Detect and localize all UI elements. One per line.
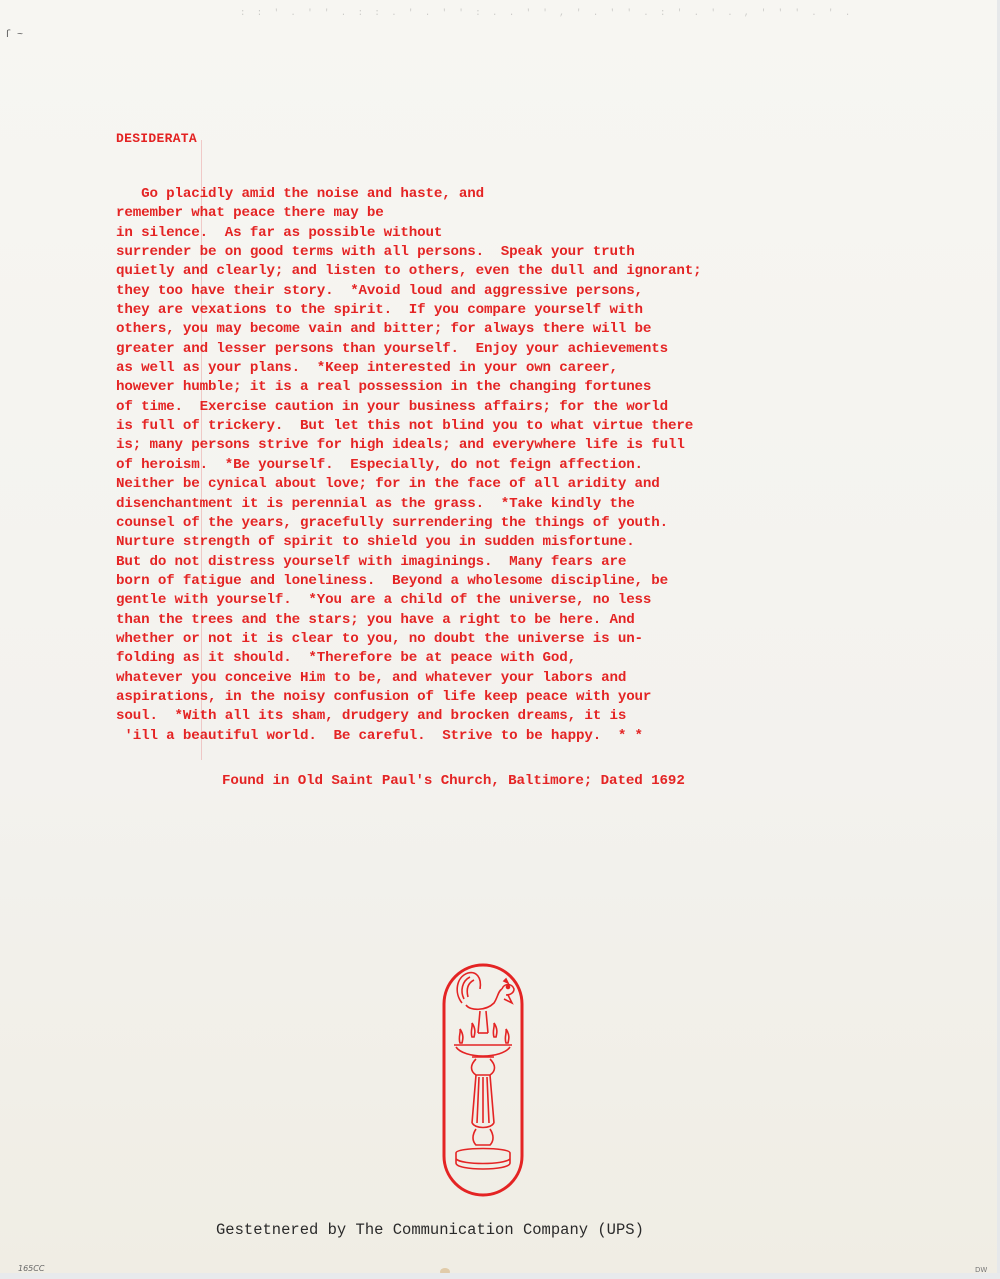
poem-line: born of fatigue and loneliness. Beyond a… [116, 572, 836, 591]
attribution-line: Found in Old Saint Paul's Church, Baltim… [222, 773, 685, 789]
poem-line: whatever you conceive Him to be, and wha… [116, 669, 836, 688]
poem-line: folding as it should. *Therefore be at p… [116, 649, 836, 668]
poem-line: aspirations, in the noisy confusion of l… [116, 688, 836, 707]
corner-pencil-mark: ſ ~ [5, 30, 23, 41]
poem-line: they are vexations to the spirit. If you… [116, 301, 836, 320]
poem-line: in silence. As far as possible without [116, 224, 836, 243]
poem-line: surrender be on good terms with all pers… [116, 243, 836, 262]
document-page: : : ' . ' ' . : : . ' . ' ' : . . ' ' , … [0, 0, 1000, 1279]
poem-line: is full of trickery. But let this not bl… [116, 417, 836, 436]
poem-line: others, you may become vain and bitter; … [116, 320, 836, 339]
poem-line: is; many persons strive for high ideals;… [116, 436, 836, 455]
poem-line: Neither be cynical about love; for in th… [116, 475, 836, 494]
poem-line: however humble; it is a real possession … [116, 378, 836, 397]
poem-line: 'ill a beautiful world. Be careful. Stri… [116, 727, 836, 746]
poem-line: whether or not it is clear to you, no do… [116, 630, 836, 649]
poem-line: than the trees and the stars; you have a… [116, 611, 836, 630]
document-title: DESIDERATA [116, 131, 197, 146]
faded-header-marks: : : ' . ' ' . : : . ' . ' ' : . . ' ' , … [240, 8, 920, 18]
poem-line: greater and lesser persons than yourself… [116, 340, 836, 359]
printer-credit: Gestetnered by The Communication Company… [216, 1221, 644, 1239]
poem-line: of heroism. *Be yourself. Especially, do… [116, 456, 836, 475]
poem-line: disenchantment it is perennial as the gr… [116, 495, 836, 514]
archive-catalog-mark: 165CC [18, 1264, 44, 1273]
poem-line: quietly and clearly; and listen to other… [116, 262, 836, 281]
poem-line: counsel of the years, gracefully surrend… [116, 514, 836, 533]
oil-lamp-peacock-emblem-icon [442, 963, 524, 1197]
poem-line: Go placidly amid the noise and haste, an… [116, 185, 836, 204]
poem-line: of time. Exercise caution in your busine… [116, 398, 836, 417]
page-edge-bottom [0, 1273, 1000, 1279]
poem-line: remember what peace there may be [116, 204, 836, 223]
poem-body: Go placidly amid the noise and haste, an… [116, 185, 836, 746]
poem-line: But do not distress yourself with imagin… [116, 553, 836, 572]
poem-line: they too have their story. *Avoid loud a… [116, 282, 836, 301]
poem-line: Nurture strength of spirit to shield you… [116, 533, 836, 552]
poem-line: soul. *With all its sham, drudgery and b… [116, 707, 836, 726]
poem-line: as well as your plans. *Keep interested … [116, 359, 836, 378]
poem-line: gentle with yourself. *You are a child o… [116, 591, 836, 610]
